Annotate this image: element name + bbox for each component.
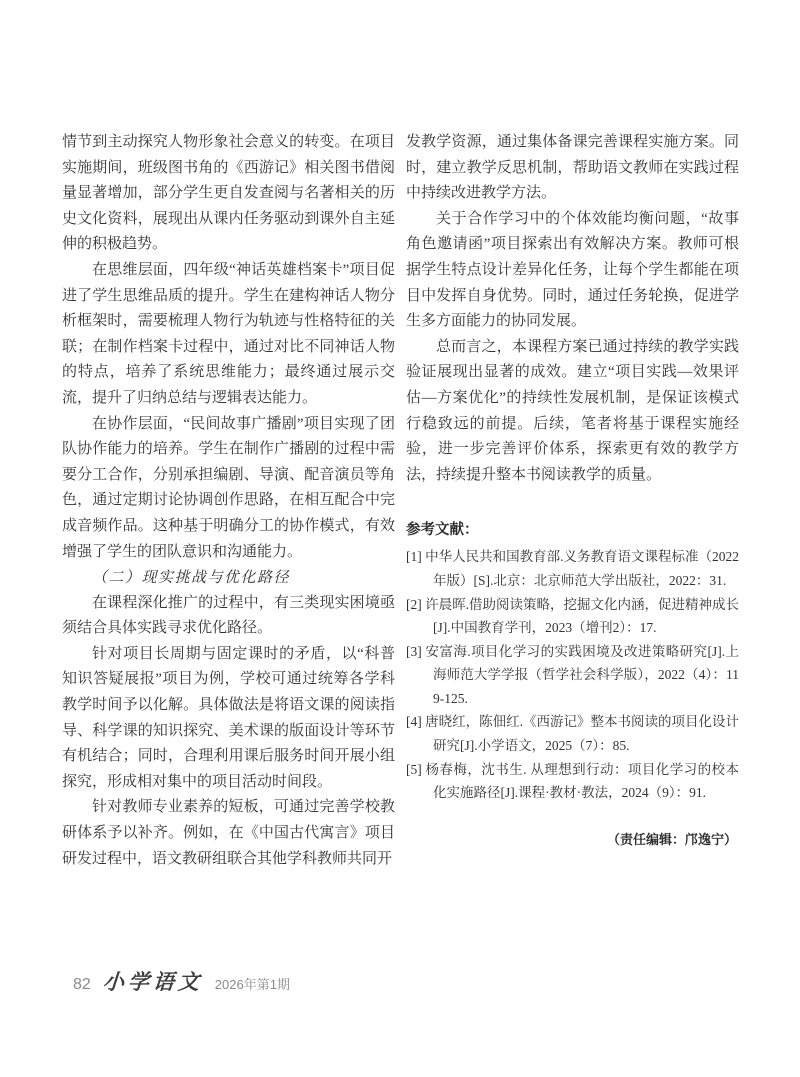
text-columns: 情节到主动探究人物形象社会意义的转变。在项目实施期间，班级图书角的《西游记》相关… [62, 130, 740, 872]
paragraph: 发教学资源，通过集体备课完善课程实施方案。同时，建立教学反思机制，帮助语文教师在… [406, 130, 739, 207]
paragraph: 针对项目长周期与固定课时的矛盾，以“科普知识答疑展报”项目为例，学校可通过统筹各… [62, 642, 395, 796]
editor-note: （责任编辑：邝逸宁） [406, 829, 739, 848]
references-section: 参考文献： [1] 中华人民共和国教育部.义务教育语文课程标准（2022年版）[… [406, 518, 739, 805]
right-column: 发教学资源，通过集体备课完善课程实施方案。同时，建立教学反思机制，帮助语文教师在… [406, 130, 739, 872]
page-footer: 82 小学语文 2026年第1期 [73, 966, 290, 996]
paragraph: 在课程深化推广的过程中，有三类现实困境亟须结合具体实践寻求优化路径。 [62, 591, 395, 642]
paragraph: 关于合作学习中的个体效能均衡问题，“故事角色邀请函”项目探索出有效解决方案。教师… [406, 207, 739, 335]
journal-page: 情节到主动探究人物形象社会意义的转变。在项目实施期间，班级图书角的《西游记》相关… [0, 0, 800, 1077]
paragraph: 总而言之，本课程方案已通过持续的教学实践验证展现出显著的成效。建立“项目实践—效… [406, 335, 739, 489]
paragraph: 针对教师专业素养的短板，可通过完善学校教研体系予以补齐。例如，在《中国古代寓言》… [62, 795, 395, 872]
section-heading: （二）现实挑战与优化路径 [62, 565, 395, 591]
reference-item: [3] 安富海.项目化学习的实践困境及改进策略研究[J].上海师范大学学报（哲学… [406, 640, 739, 711]
reference-item: [2] 许晨晖.借助阅读策略，挖掘文化内涵，促进精神成长[J].中国教育学刊，2… [406, 593, 739, 640]
paragraph: 情节到主动探究人物形象社会意义的转变。在项目实施期间，班级图书角的《西游记》相关… [62, 130, 395, 258]
reference-item: [1] 中华人民共和国教育部.义务教育语文课程标准（2022年版）[S].北京：… [406, 545, 739, 592]
left-column: 情节到主动探究人物形象社会意义的转变。在项目实施期间，班级图书角的《西游记》相关… [62, 130, 395, 872]
paragraph: 在协作层面，“民间故事广播剧”项目实现了团队协作能力的培养。学生在制作广播剧的过… [62, 412, 395, 566]
references-title: 参考文献： [406, 518, 739, 542]
reference-item: [4] 唐晓红，陈佃红.《西游记》整本书阅读的项目化设计研究[J].小学语文，2… [406, 710, 739, 757]
paragraph: 在思维层面，四年级“神话英雄档案卡”项目促进了学生思维品质的提升。学生在建构神话… [62, 258, 395, 412]
journal-logo: 小学语文 [102, 966, 204, 996]
page-number: 82 [73, 976, 91, 994]
reference-item: [5] 杨春梅，沈书生. 从理想到行动：项目化学习的校本化实施路径[J].课程·… [406, 758, 739, 805]
issue-label: 2026年第1期 [215, 974, 290, 993]
